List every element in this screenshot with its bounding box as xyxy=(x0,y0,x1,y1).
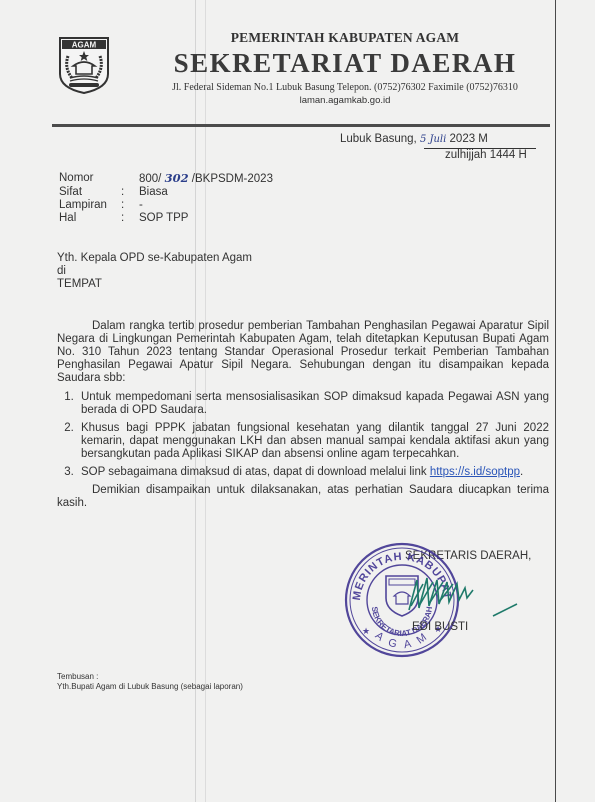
date-handwritten-day: 5 Juli xyxy=(420,134,446,145)
list-item: SOP sebagaimana dimaksud di atas, dapat … xyxy=(77,466,549,479)
reference-row-hal: Hal : SOP TPP xyxy=(59,212,273,225)
nomor-prefix: 800/ xyxy=(139,173,165,185)
reference-label: Hal xyxy=(59,212,121,225)
date-year: 2023 M xyxy=(450,133,488,145)
body-list: Untuk mempedomani serta mensosialisasika… xyxy=(57,391,549,479)
letterhead-divider xyxy=(52,124,550,127)
body-intro: Dalam rangka tertib prosedur pemberian T… xyxy=(57,320,549,385)
carbon-copy-recipient: Yth.Bupati Agam di Lubuk Basung (sebagai… xyxy=(57,682,243,692)
reference-value: Biasa xyxy=(139,186,168,199)
letter-date: Lubuk Basung, 5 Juli 2023 M xyxy=(340,133,488,145)
date-hijri: zulhijjah 1444 H xyxy=(445,149,527,161)
reference-label: Lampiran xyxy=(59,199,121,212)
body-closing: Demikian disampaikan untuk dilaksanakan,… xyxy=(57,484,549,510)
addressee-line: Yth. Kepala OPD se-Kabupaten Agam xyxy=(57,252,252,265)
carbon-copy-block: Tembusan : Yth.Bupati Agam di Lubuk Basu… xyxy=(57,672,243,692)
reference-row-nomor: Nomor 800/ 302 /BKPSDM-2023 xyxy=(59,172,273,186)
reference-colon: : xyxy=(121,199,139,212)
list-item: Untuk mempedomani serta mensosialisasika… xyxy=(77,391,549,417)
page-edge-line xyxy=(555,0,556,802)
reference-value: SOP TPP xyxy=(139,212,188,225)
letter-body: Dalam rangka tertib prosedur pemberian T… xyxy=(57,320,549,510)
addressee-line: TEMPAT xyxy=(57,278,252,291)
list-item-end: . xyxy=(520,466,523,478)
list-item: Khusus bagi PPPK jabatan fungsional kese… xyxy=(77,422,549,461)
office-address: Jl. Federal Sideman No.1 Lubuk Basung Te… xyxy=(140,82,550,93)
nomor-handwritten: 302 xyxy=(165,171,189,185)
reference-row-sifat: Sifat : Biasa xyxy=(59,186,273,199)
addressee-line: di xyxy=(57,265,252,278)
list-item-text: SOP sebagaimana dimaksud di atas, dapat … xyxy=(81,466,430,478)
agam-emblem-icon: AGAM xyxy=(58,36,110,94)
reference-row-lampiran: Lampiran : - xyxy=(59,199,273,212)
reference-colon: : xyxy=(121,186,139,199)
reference-label: Nomor xyxy=(59,172,121,186)
addressee-block: Yth. Kepala OPD se-Kabupaten Agam di TEM… xyxy=(57,252,252,291)
reference-colon xyxy=(121,172,139,186)
sop-download-link[interactable]: https://s.id/soptpp xyxy=(430,466,520,478)
government-name: PEMERINTAH KABUPATEN AGAM xyxy=(140,30,550,46)
signature-icon xyxy=(405,570,525,620)
reference-value: - xyxy=(139,199,143,212)
svg-text:★: ★ xyxy=(362,626,370,636)
date-place: Lubuk Basung, xyxy=(340,133,417,145)
reference-label: Sifat xyxy=(59,186,121,199)
svg-text:AGAM: AGAM xyxy=(72,41,97,50)
nomor-suffix: /BKPSDM-2023 xyxy=(189,173,273,185)
signer-name: EDI BUSTI xyxy=(412,621,468,633)
reference-colon: : xyxy=(121,212,139,225)
carbon-copy-label: Tembusan : xyxy=(57,672,243,682)
reference-value: 800/ 302 /BKPSDM-2023 xyxy=(139,172,273,186)
reference-block: Nomor 800/ 302 /BKPSDM-2023 Sifat : Bias… xyxy=(59,172,273,225)
office-website: laman.agamkab.go.id xyxy=(140,95,550,106)
office-name: SEKRETARIAT DAERAH xyxy=(140,48,550,79)
